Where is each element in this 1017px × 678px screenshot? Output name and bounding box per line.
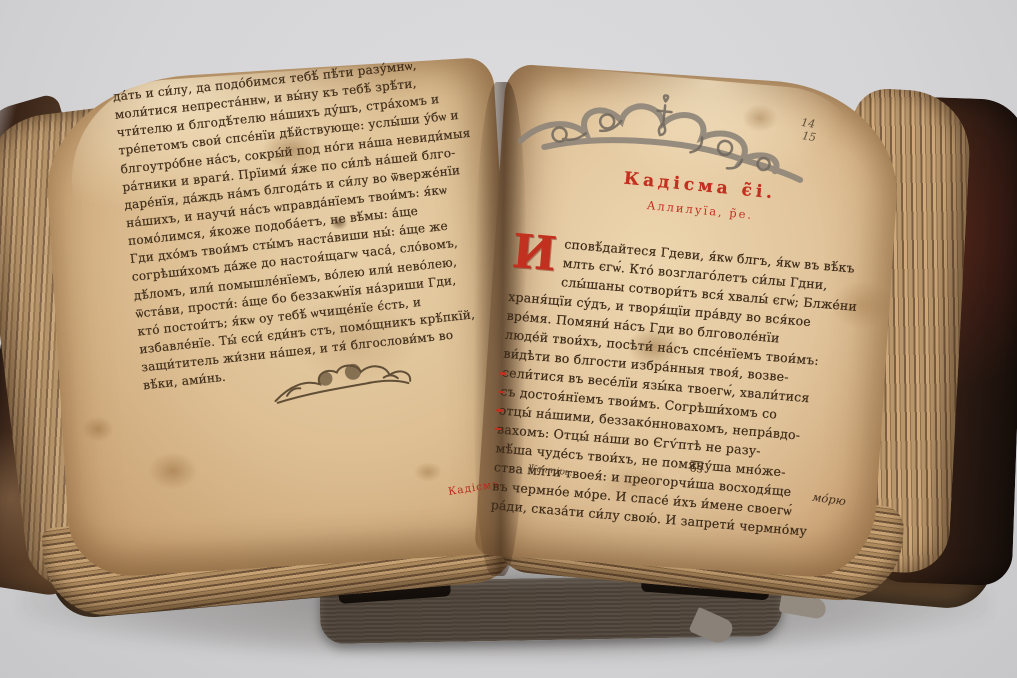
stain [414, 462, 442, 482]
photo-of-open-antique-book: да́ть и си́лу, да подо́бимся тебѣ́ пѣ́ти… [0, 0, 1017, 678]
red-drop-cap: И [511, 233, 558, 275]
quire-signature-mark: бз [689, 461, 703, 475]
stain [82, 416, 114, 442]
folio-number-bottom: 15 [801, 130, 817, 145]
left-page-text: да́ть и си́лу, да подо́бимся тебѣ́ пѣ́ти… [112, 46, 540, 394]
stain [148, 452, 198, 490]
